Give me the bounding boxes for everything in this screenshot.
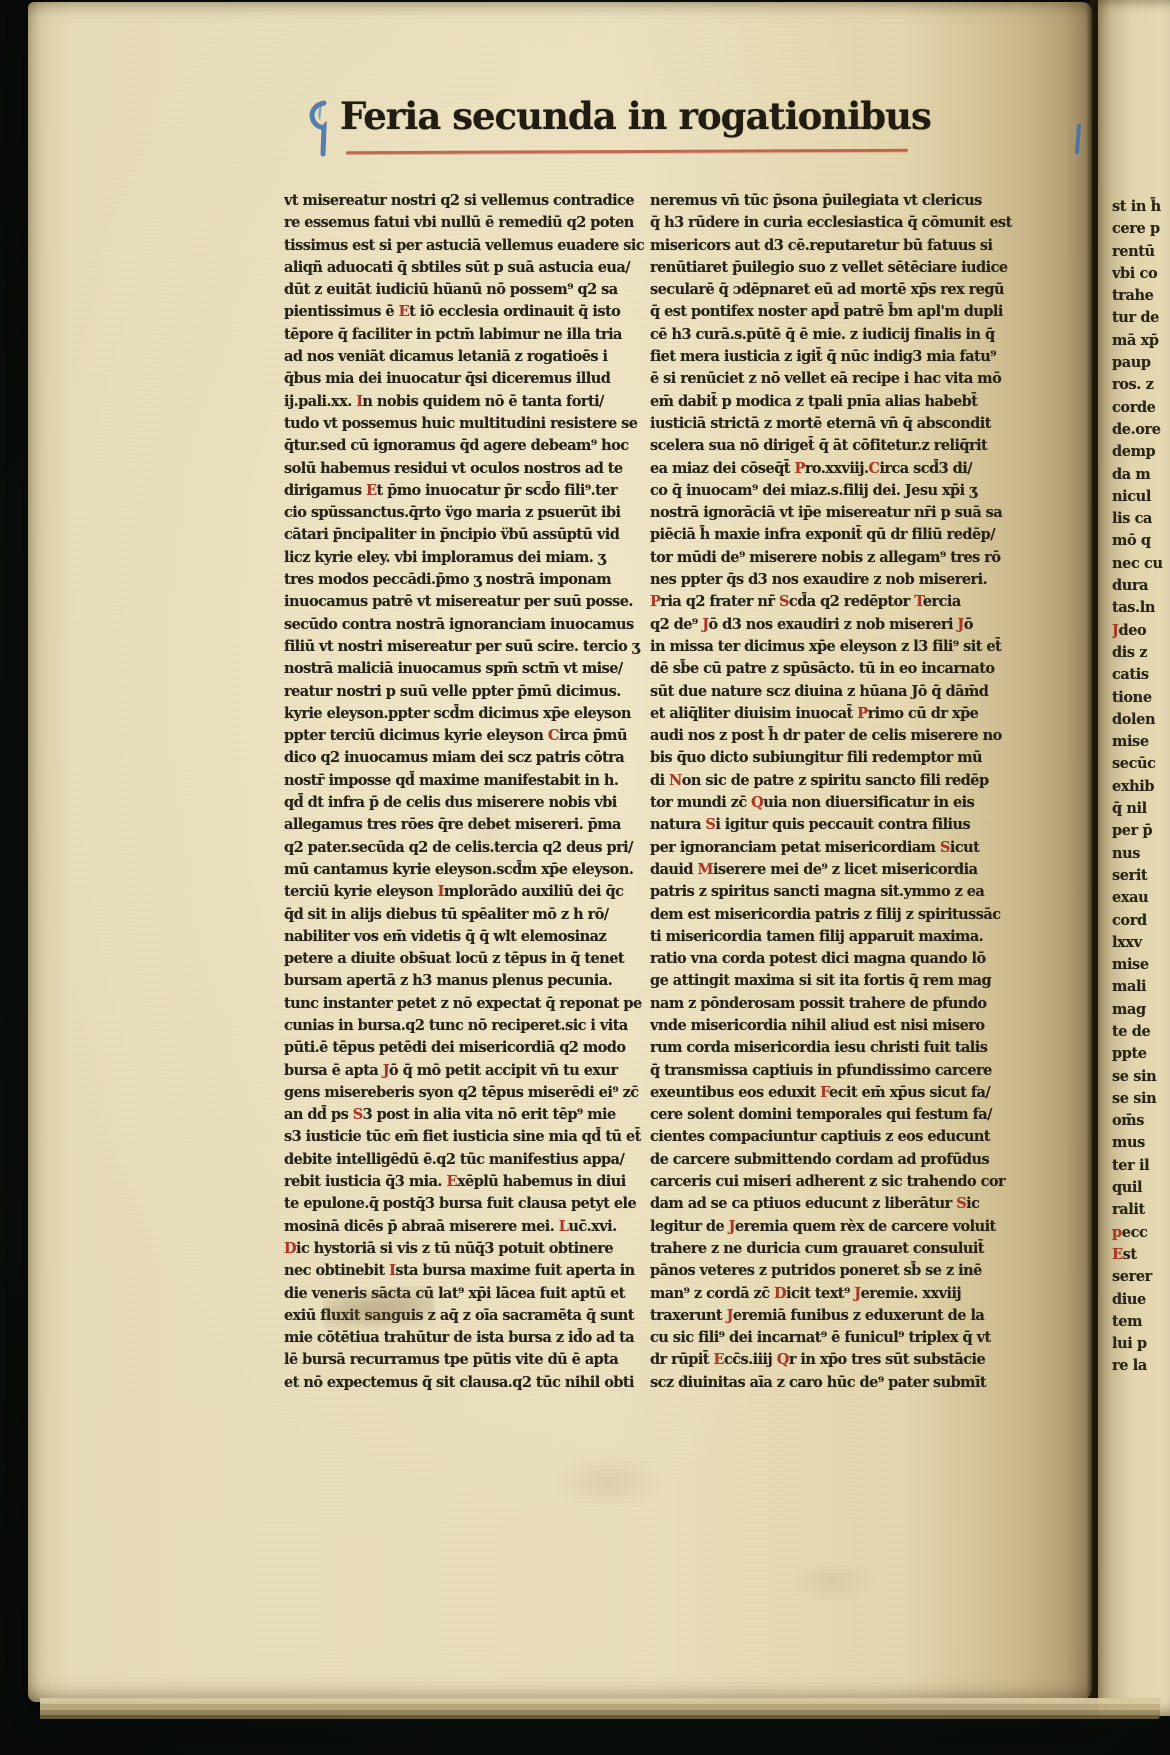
rubricated-initial: E [1112, 1246, 1123, 1263]
paper-stain [788, 1562, 878, 1602]
rubricated-initial: E [366, 482, 377, 499]
text-line: sūt due nature scz diuina z hūana Jō q̄ … [650, 681, 1046, 703]
text-line: nabiliter vos em̄ videtis q̄ q̄ wlt elem… [284, 926, 646, 948]
text-line: pūti.ē tēpus petēdi dei misericordiā q2 … [284, 1037, 646, 1059]
blue-paraph-icon [308, 100, 334, 162]
text-line: ad nos veniāt dicamus letaniā z rogatioē… [284, 346, 646, 368]
text-line: misericors aut d3 cē.reputaretur bū fatu… [650, 235, 1046, 257]
text-line: exhib [1112, 776, 1170, 798]
text-line: catis [1112, 664, 1170, 686]
text-line: secularē q̄ ɔdēpnaret eū ad mortē xp̄s r… [650, 279, 1046, 301]
text-line: et nō expectemus q̄ sit clausa.q2 tūc ni… [284, 1372, 646, 1394]
text-line: nes ppter q̄s d3 nos exaudire z nob mise… [650, 569, 1046, 591]
text-line: dem est misericordia patris z filij z sp… [650, 904, 1046, 926]
text-line: dam ad se ca ptiuos educunt z liberātur … [650, 1193, 1046, 1215]
text-line: nec obtinebit Ista bursa maxime fuit ape… [284, 1260, 646, 1282]
text-line: serer [1112, 1266, 1170, 1288]
text-line: Jdeo [1112, 620, 1170, 642]
text-line: scz diuinitas aīa z caro hūc de⁹ pater s… [650, 1372, 1046, 1394]
text-line: ter il [1112, 1155, 1170, 1177]
text-line: pecc [1112, 1222, 1170, 1244]
rubricated-initial: J [702, 616, 708, 633]
text-line: lē bursā recurramus tpe pūtis vite dū ē … [284, 1349, 646, 1371]
rubricated-initial: J [729, 1218, 735, 1235]
text-line: tem [1112, 1311, 1170, 1333]
text-line: renūtiaret p̄uilegio suo z vellet sētēci… [650, 257, 1046, 279]
text-line: lui p [1112, 1333, 1170, 1355]
text-line: rum corda misericordia iesu christi fuit… [650, 1037, 1046, 1059]
text-line: solū habemus residui vt oculos nostros a… [284, 458, 646, 480]
text-line: ea miaz dei cōseq̄t̄ Pro.xxviij.Circa sc… [650, 458, 1046, 480]
text-line: co q̄ inuocam⁹ dei miaz.s.filij dei. Jes… [650, 480, 1046, 502]
rubricated-initial: J [854, 1285, 860, 1302]
next-page-edge: st in h̄cere prentūvbi cotrahetur demā x… [1098, 0, 1170, 1716]
text-line: secūc [1112, 753, 1170, 775]
text-line: scelera sua nō diriget̄ q̄ āt cōfitetur.… [650, 435, 1046, 457]
text-line: terciū kyrie eleyson Implorādo auxiliū d… [284, 881, 646, 903]
text-line: bursa ē apta Jō q̄ mō petit accipit vn̄ … [284, 1060, 646, 1082]
text-line: ij.pali.xx. In nobis quidem nō ē tanta f… [284, 391, 646, 413]
text-line: inuocamus patrē vt misereatur per suū po… [284, 591, 646, 613]
text-line: tor mūdi de⁹ miserere nobis z allegam⁹ t… [650, 547, 1046, 569]
rubricated-initial: C [868, 460, 879, 477]
text-line: cunias in bursa.q2 tunc nō reciperet.sic… [284, 1015, 646, 1037]
text-line: mali [1112, 976, 1170, 998]
text-line: patris z spiritus sancti magna sit.ymmo … [650, 881, 1046, 903]
text-line: per p̄ [1112, 820, 1170, 842]
text-line: om̄s [1112, 1110, 1170, 1132]
text-line: dis z [1112, 642, 1170, 664]
rubricated-initial: E [399, 303, 410, 320]
rubricated-initial: M [697, 861, 713, 878]
text-line: audi nos z post h̄ dr pater de celis mis… [650, 725, 1046, 747]
text-line: se sin [1112, 1088, 1170, 1110]
text-line: nam z pōnderosam possit trahere de pfund… [650, 993, 1046, 1015]
rubricated-initial: Q [777, 1351, 789, 1368]
left-page: Feria secunda in rogationibus vt miserea… [28, 2, 1092, 1702]
text-line: cātari p̄ncipaliter in p̄ncipio v̈bū ass… [284, 524, 646, 546]
rubricated-initial: N [669, 772, 682, 789]
text-line: cientes compaciuntur captiuis z eos educ… [650, 1126, 1046, 1148]
text-line: mise [1112, 954, 1170, 976]
text-line: tione [1112, 687, 1170, 709]
text-line: paup [1112, 352, 1170, 374]
text-line: cord [1112, 910, 1170, 932]
rubricated-initial: E [713, 1351, 724, 1368]
text-line: rentū [1112, 241, 1170, 263]
rubricated-initial: J [727, 1307, 733, 1324]
text-line: exau [1112, 887, 1170, 909]
text-line: tur de [1112, 307, 1170, 329]
text-line: Dic hystoriā si vis z tū nūq̄3 potuit ob… [284, 1238, 646, 1260]
text-line: mus [1112, 1132, 1170, 1154]
text-line: corde [1112, 397, 1170, 419]
text-line: dauid Miserere mei de⁹ z licet misericor… [650, 859, 1046, 881]
rubricated-initial: E [446, 1173, 457, 1190]
text-line: dūt z euitāt iudiciū hūanū nō possem⁹ q2… [284, 279, 646, 301]
text-line: et aliq̄liter diuisim inuocat̄ Primo cū … [650, 703, 1046, 725]
text-line: dē sb̄e cū patre z spūsācto. tū in eo in… [650, 658, 1046, 680]
rubricated-initial: I [389, 1262, 395, 1279]
text-line: mō q [1112, 530, 1170, 552]
text-line: fiet mera iusticia z igit̄ q̄ nūc indig3… [650, 346, 1046, 368]
text-line: de carcere submittendo cordam ad profūdu… [650, 1149, 1046, 1171]
text-line: di Non sic de patre z spiritu sancto fil… [650, 770, 1046, 792]
rubricated-initial: D [774, 1285, 786, 1302]
text-line: vt misereatur nostri q2 si vellemus cont… [284, 190, 646, 212]
text-line: tas.ln [1112, 597, 1170, 619]
ink-smudge [323, 1285, 435, 1335]
text-line: ppte [1112, 1043, 1170, 1065]
text-line: da m [1112, 464, 1170, 486]
text-line: nus [1112, 843, 1170, 865]
text-line: re la [1112, 1355, 1170, 1377]
text-line: se sin [1112, 1066, 1170, 1088]
text-line: mag [1112, 999, 1170, 1021]
text-line: tres modos peccādi.p̄mo ʒ nostrā imponam [284, 569, 646, 591]
text-line: de.ore [1112, 419, 1170, 441]
page-title: Feria secunda in rogationibus [340, 94, 960, 138]
text-line: traxerunt Jeremiā funibus z eduxerunt de… [650, 1305, 1046, 1327]
text-line: q2 de⁹ Jō d3 nos exaudiri z nob misereri… [650, 614, 1046, 636]
paper-stain [458, 762, 518, 902]
text-line: per ignoranciam petat misericordiam Sicu… [650, 837, 1046, 859]
text-line: tēpore q̄ faciliter in pctm̄ labimur ne … [284, 324, 646, 346]
text-line: cere p [1112, 218, 1170, 240]
text-line: ē si renūciet z nō vellet eā recipe i ha… [650, 368, 1046, 390]
rubricated-initial: D [284, 1240, 296, 1257]
text-line: ralit [1112, 1199, 1170, 1221]
text-line: an dd̄ ps S3 post in alia vita nō erit t… [284, 1104, 646, 1126]
text-line: demp [1112, 441, 1170, 463]
text-line: lxxv [1112, 932, 1170, 954]
text-line: diue [1112, 1289, 1170, 1311]
rubricated-initial: S [779, 593, 789, 610]
rubricated-initial: T [914, 593, 923, 610]
running-header: Feria secunda in rogationibus [300, 94, 980, 158]
text-line: vbi co [1112, 263, 1170, 285]
text-line: mise [1112, 731, 1170, 753]
text-line: tissimus est si per astuciā vellemus eua… [284, 235, 646, 257]
text-line: trahere z ne duricia cum grauaret consul… [650, 1238, 1046, 1260]
text-line: q̄ nil [1112, 798, 1170, 820]
text-line: pientissimus ē Et iō ecclesia ordinauit … [284, 301, 646, 323]
text-line: ti misericordia tamen filij apparuit max… [650, 926, 1046, 948]
text-line: petere a diuite obs̄uat locū z tēpus in … [284, 948, 646, 970]
text-line: piēciā h̄ maxie infra exponit̄ qū dr fil… [650, 524, 1046, 546]
rubricated-initial: J [383, 1062, 389, 1079]
text-line: filiū vt nostri misereatur per suū scire… [284, 636, 646, 658]
page-stack-edges [40, 1698, 1160, 1724]
rubricated-initial: S [940, 839, 950, 856]
red-underline-rule [346, 149, 908, 154]
rubricated-initial: P [794, 460, 804, 477]
text-line: te de [1112, 1021, 1170, 1043]
text-line: licz kyrie eley. vbi imploramus dei miam… [284, 547, 646, 569]
text-line: dura [1112, 575, 1170, 597]
text-line: q̄bus mia dei inuocatur q̄si diceremus i… [284, 368, 646, 390]
rubricated-initial: L [559, 1218, 569, 1235]
rubricated-initial: I [356, 393, 362, 410]
text-line: cio spūssanctus.q̄rto v̈go maria z psuer… [284, 502, 646, 524]
text-line: q̄ h3 rūdere in curia ecclesiastica q̄ c… [650, 212, 1046, 234]
rubricated-initial: J [957, 616, 963, 633]
rubricated-initial: p [1112, 1224, 1122, 1241]
text-line: cu sic fili⁹ dei incarnat⁹ ē funicul⁹ tr… [650, 1327, 1046, 1349]
text-line: ros. z [1112, 374, 1170, 396]
text-line: iusticiā strictā z mortē eternā vn̄ q̄ a… [650, 413, 1046, 435]
text-line: bursam apertā z h3 manus plenus pecunia. [284, 970, 646, 992]
text-line: Pria q2 frater nr̄ Scd̄a q2 redēptor Ter… [650, 591, 1046, 613]
text-line: ppter terciū dicimus kyrie eleyson Circa… [284, 725, 646, 747]
text-line: dr rūpit̄ Ecc̄s.iiij Qr in xp̄o tres sūt… [650, 1349, 1046, 1371]
text-line: vnde misericordia nihil aliud est nisi m… [650, 1015, 1046, 1037]
text-line: ratio vna corda potest dici magna quando… [650, 948, 1046, 970]
text-line: tudo vt possemus huic multitudini resist… [284, 413, 646, 435]
book-scan: Feria secunda in rogationibus vt miserea… [0, 0, 1170, 1755]
text-line: mā xp̄ [1112, 330, 1170, 352]
text-line: secūdo contra nostrā ignoranciam inuocam… [284, 614, 646, 636]
text-line: tor mundi zc̄ Quia non diuersificatur in… [650, 792, 1046, 814]
rubricated-initial: P [650, 593, 660, 610]
text-line: tunc instanter petet z nō expectat q̄ re… [284, 993, 646, 1015]
text-line: debite intelligēdū ē.q2 tūc manifestius … [284, 1149, 646, 1171]
text-line: cē h3 curā.s.pūtē q̄ ē mie. z iudicij fi… [650, 324, 1046, 346]
text-line: kyrie eleyson.ppter scd̄m dicimus xp̄e e… [284, 703, 646, 725]
rubricated-initial: S [956, 1195, 966, 1212]
text-line: q̄ transmissa captiuis in pfundissimo ca… [650, 1060, 1046, 1082]
text-line: dico q2 inuocamus miam dei scz patris cō… [284, 747, 646, 769]
text-line: bis q̄uo dicto subiungitur fili redempto… [650, 747, 1046, 769]
text-line: dirigamus Et p̄mo inuocatur p̄r scd̄o fi… [284, 480, 646, 502]
text-line: man⁹ z cordā zc̄ Dicit text⁹ Jeremie. xx… [650, 1283, 1046, 1305]
text-line: carceris cui miseri adherent z sic trahe… [650, 1171, 1046, 1193]
text-line: cere solent domini temporales qui festum… [650, 1104, 1046, 1126]
text-line: st in h̄ [1112, 196, 1170, 218]
text-line: aliqñ aduocati q̄ sbtiles sūt p suā astu… [284, 257, 646, 279]
text-line: reatur nostri p suū velle ppter p̄mū dic… [284, 681, 646, 703]
text-line: Est [1112, 1244, 1170, 1266]
text-line: neremus vn̄ tūc p̄sona p̄uilegiata vt cl… [650, 190, 1046, 212]
blue-pen-mark [1075, 124, 1081, 154]
text-line: lis ca [1112, 508, 1170, 530]
rubricated-initial: S [705, 816, 715, 833]
rubricated-initial: Q [751, 794, 763, 811]
text-line: legitur de Jeremia quem rèx de carcere v… [650, 1216, 1046, 1238]
text-line: s3 iusticie tūc em̄ fiet iusticia sine m… [284, 1126, 646, 1148]
text-line: quil [1112, 1177, 1170, 1199]
text-line: q̄d sit in alijs diebus tū spēaliter mō … [284, 904, 646, 926]
rubricated-initial: S [353, 1106, 363, 1123]
text-line: nostrā maliciā inuocamus spm̄ sctm̄ vt m… [284, 658, 646, 680]
text-line: exeuntibus eos eduxit Fecit em̄ xp̄us si… [650, 1082, 1046, 1104]
rubricated-initial: J [1112, 622, 1118, 639]
text-line: serit [1112, 865, 1170, 887]
paper-stain [548, 1452, 668, 1512]
text-line: rebit iusticia q̄3 mia. Exēplū habemus i… [284, 1171, 646, 1193]
text-line: em̄ dabit̄ p modica z tpali pnīa alias h… [650, 391, 1046, 413]
text-line: gens misereberis syon q2 tēpus miserēdi … [284, 1082, 646, 1104]
text-line: pānos veteres z putridos poneret sb̄ se … [650, 1260, 1046, 1282]
text-line: ge attingit maxima si sit ita fortis q̄ … [650, 970, 1046, 992]
text-line: nostrā ignorāciā vt ip̄e misereatur nr̄i… [650, 502, 1046, 524]
text-line: te epulone.q̄ postq̄3 bursa fuit clausa … [284, 1193, 646, 1215]
text-line: q̄ est pontifex noster apd̄ patrē b̄m ap… [650, 301, 1046, 323]
text-line: re essemus fatui vbi nullū ē remediū q2 … [284, 212, 646, 234]
text-line: mosinā dicēs p̄ abraā miserere mei. Luc̄… [284, 1216, 646, 1238]
rubricated-initial: F [820, 1084, 829, 1101]
text-line: trahe [1112, 285, 1170, 307]
text-line: dolen [1112, 709, 1170, 731]
next-page-text-fragments: st in h̄cere prentūvbi cotrahetur demā x… [1112, 196, 1170, 1378]
text-line: natura Si igitur quis peccauit contra fi… [650, 814, 1046, 836]
rubricated-initial: P [857, 705, 867, 722]
text-line: nec cu [1112, 553, 1170, 575]
text-line: nicul [1112, 486, 1170, 508]
rubricated-initial: I [438, 883, 444, 900]
text-line: in missa ter dicimus xp̄e eleyson z l3 f… [650, 636, 1046, 658]
text-line: q̄tur.sed cū ignoramus q̄d agere debeam⁹… [284, 435, 646, 457]
rubricated-initial: C [548, 727, 559, 744]
text-column-right: neremus vn̄ tūc p̄sona p̄uilegiata vt cl… [650, 190, 1046, 1394]
